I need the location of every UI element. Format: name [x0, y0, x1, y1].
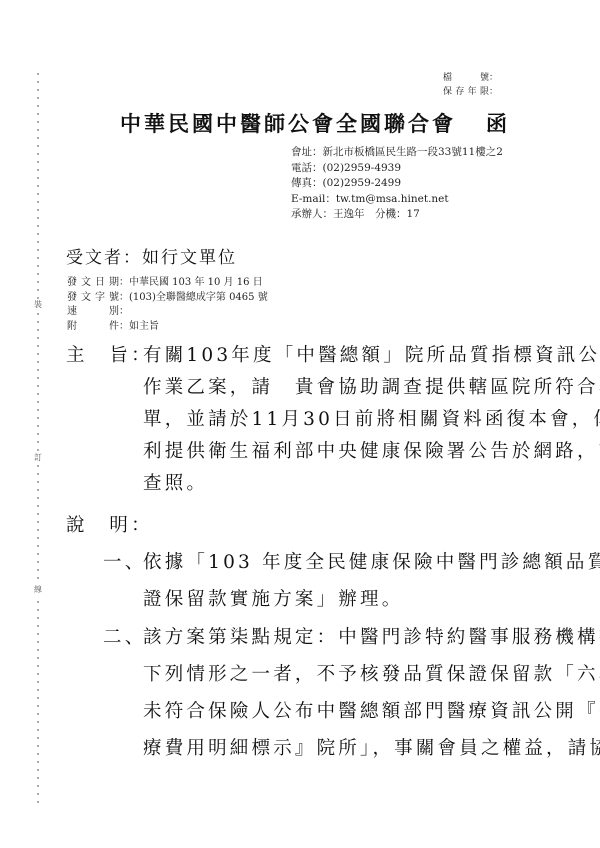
address: 會址：新北市板橋區民生路一段33號11樓之2: [291, 145, 503, 161]
filing-info: 檔 號： 保存年限：: [443, 71, 498, 99]
binding-char-zhuang: 裝: [32, 300, 44, 310]
subject-line: 單，並請於11月30日前將相關資料函復本會，俾: [143, 408, 600, 432]
explanation-line: 未符合保險人公布中醫總額部門醫療資訊公開『醫: [143, 700, 600, 724]
urgency-label: 速 別: [67, 305, 119, 320]
issue-date: ：中華民國 103 年 10 月 16 日: [119, 276, 263, 291]
recipient: 受文者：如行文單位: [66, 243, 237, 268]
urgency: ：: [119, 305, 129, 320]
subject-line: 查照。: [143, 472, 208, 496]
handler: 承辦人：王逸年 分機：17: [291, 207, 503, 223]
explanation-line: 依據「103 年度全民健康保險中醫門診總額品質保: [143, 551, 600, 575]
explanation-label: 說 明：: [66, 514, 153, 538]
document-type: 函: [486, 111, 510, 136]
binding-char-xian: 線: [32, 585, 44, 595]
subject-line: 作業乙案，請 貴會協助調查提供轄區院所符合名: [143, 376, 600, 400]
attachment: ：如主旨: [119, 320, 159, 335]
organization-name: 中華民國中醫師公會全國聯合會: [120, 111, 456, 136]
explanation-line: 療費用明細標示』院所」，事關會員之權益，請協助: [143, 737, 600, 761]
doc-number-label: 發文字號: [67, 291, 119, 306]
explanation-line: 該方案第柒點規定：中醫門診特約醫事服務機構有: [143, 626, 600, 650]
fax: 傳真：(02)2959-2499: [291, 176, 503, 192]
phone: 電話：(02)2959-4939: [291, 161, 503, 177]
subject-line: 有關103年度「中醫總額」院所品質指標資訊公開: [143, 344, 600, 368]
explanation-item-marker: 一、: [103, 551, 146, 575]
email: E-mail：tw.tm@msa.hinet.net: [291, 192, 503, 208]
binding-char-ding: 訂: [32, 453, 44, 463]
file-number-label: 檔 號: [443, 71, 489, 85]
recipient-value: 如行文單位: [142, 248, 237, 268]
attachment-label: 附 件: [67, 320, 119, 335]
recipient-label: 受文者：: [66, 248, 142, 268]
explanation-line: 下列情形之一者，不予核發品質保證保留款「六、: [143, 663, 600, 687]
retention-label: 保存年限: [443, 85, 489, 99]
subject-label: 主 旨：: [66, 344, 153, 368]
subject-line: 利提供衛生福利部中央健康保險署公告於網路，請: [143, 440, 600, 464]
document-meta: 發文日期：中華民國 103 年 10 月 16 日 發文字號：(103)全聯醫總…: [67, 276, 268, 334]
binding-dotted-line: [37, 70, 39, 805]
contact-block: 會址：新北市板橋區民生路一段33號11樓之2 電話：(02)2959-4939 …: [291, 145, 503, 223]
doc-number: ：(103)全聯醫總成字第 0465 號: [119, 291, 268, 306]
issue-date-label: 發文日期: [67, 276, 119, 291]
explanation-line: 證保留款實施方案」辦理。: [143, 588, 403, 612]
explanation-item-marker: 二、: [103, 626, 146, 650]
document-title: 中華民國中醫師公會全國聯合會函: [120, 108, 510, 138]
